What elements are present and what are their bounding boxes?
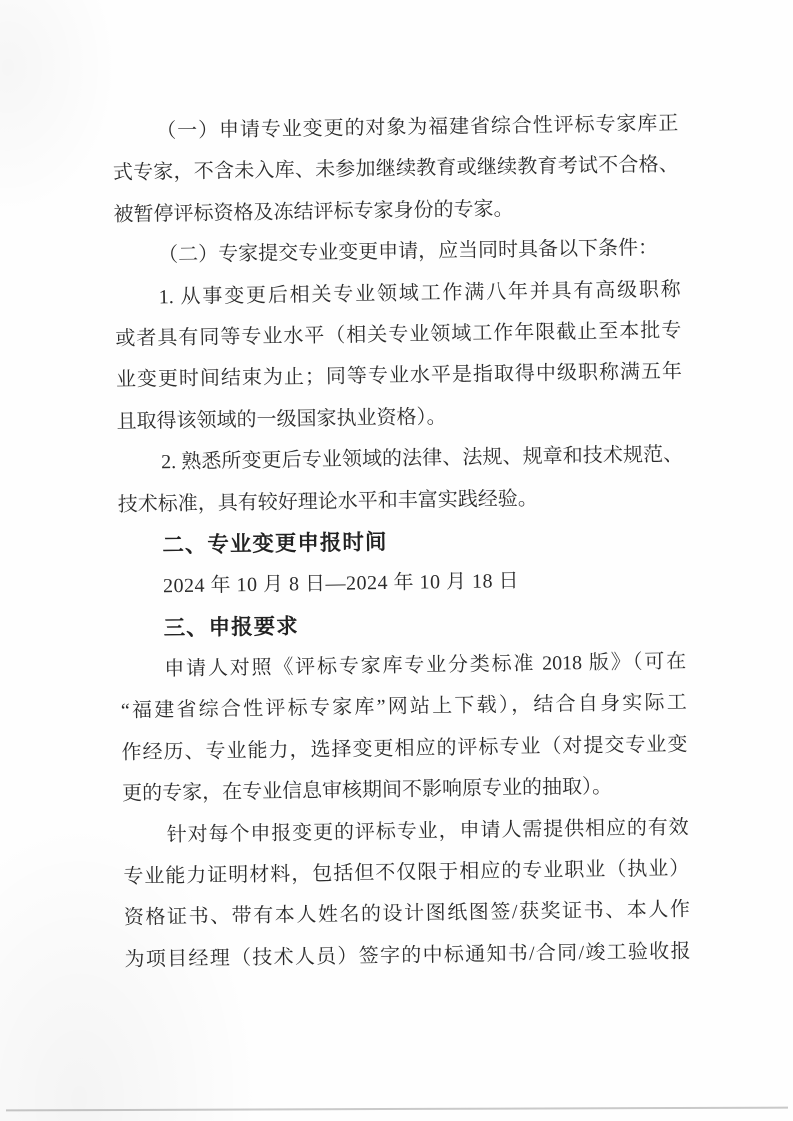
document-content: （一）申请专业变更的对象为福建省综合性评标专家库正式专家，不含未入库、未参加继续…: [112, 104, 691, 982]
document-page: （一）申请专业变更的对象为福建省综合性评标专家库正式专家，不含未入库、未参加继续…: [0, 0, 793, 1121]
text-line: 为项目经理（技术人员）签字的中标通知书/合同/竣工验收报: [124, 931, 691, 981]
text-line: 式专家，不含未入库、未参加继续教育或继续教育考试不合格、: [113, 145, 680, 195]
text-line: 2. 熟悉所变更后专业领域的法律、法规、规章和技术规范、: [117, 435, 684, 485]
text-line: 业变更时间结束为止；同等专业水平是指取得中级职称满五年: [116, 352, 683, 402]
scan-edge-artifact: [6, 1107, 788, 1111]
